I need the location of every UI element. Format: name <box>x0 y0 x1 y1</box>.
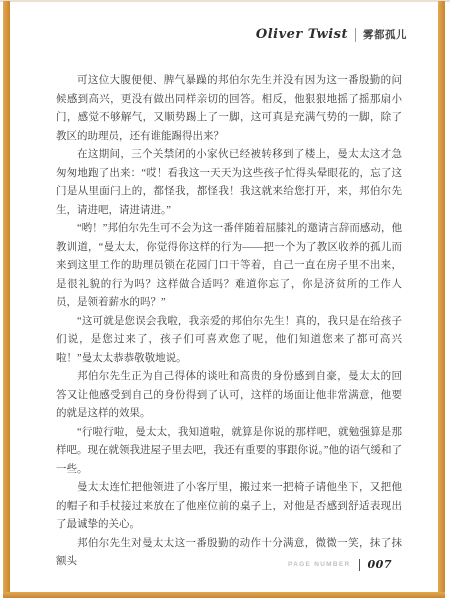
page-border-right <box>438 1 445 597</box>
body-paragraph: “哟！”邦伯尔先生可不会为这一番伴随着屈膝礼的邀请言辞而感动，他教训道，“曼太太… <box>56 220 402 313</box>
body-paragraph: “行啦行啦，曼太太，我知道啦，就算是你说的那样吧，就勉强算是那样吧。现在就领我进… <box>56 424 402 480</box>
page-footer: PAGE NUMBER 007 <box>288 558 392 571</box>
page-number-value: 007 <box>368 558 392 571</box>
book-title-chinese: 雾都孤儿 <box>363 27 407 42</box>
body-paragraph: 可这位大腹便便、脾气暴躁的邦伯尔先生并没有因为这一番殷勤的问候感到高兴，更没有做… <box>56 72 402 146</box>
body-paragraph: 邦伯尔先生正为自己得体的谈吐和高贵的身份感到自豪，曼太太的回答又让他感受到自己的… <box>56 368 402 424</box>
page-body-text: 可这位大腹便便、脾气暴躁的邦伯尔先生并没有因为这一番殷勤的问候感到高兴，更没有做… <box>56 72 402 572</box>
body-paragraph: 在这期间，三个关禁闭的小家伙已经被转移到了楼上，曼太太这才急匆匆地跑了出来：“哎… <box>56 146 402 220</box>
page-border-top <box>0 0 450 2</box>
body-paragraph: “这可就是您误会我啦，我亲爱的邦伯尔先生！真的，我只是在给孩子们说，是您过来了，… <box>56 313 402 369</box>
book-title-english: Oliver Twist <box>256 27 348 42</box>
body-paragraph: 曼太太连忙把他领进了小客厅里，搬过来一把椅子请他坐下，又把他的帽子和手杖接过来放… <box>56 479 402 535</box>
footer-divider <box>359 559 360 571</box>
page-number-label: PAGE NUMBER <box>288 561 351 568</box>
page-border-bottom <box>3 592 445 598</box>
book-page: Oliver Twist 雾都孤儿 可这位大腹便便、脾气暴躁的邦伯尔先生并没有因… <box>0 0 450 600</box>
page-border-left <box>3 1 10 597</box>
header-divider <box>355 28 356 42</box>
page-header: Oliver Twist 雾都孤儿 <box>256 27 407 42</box>
